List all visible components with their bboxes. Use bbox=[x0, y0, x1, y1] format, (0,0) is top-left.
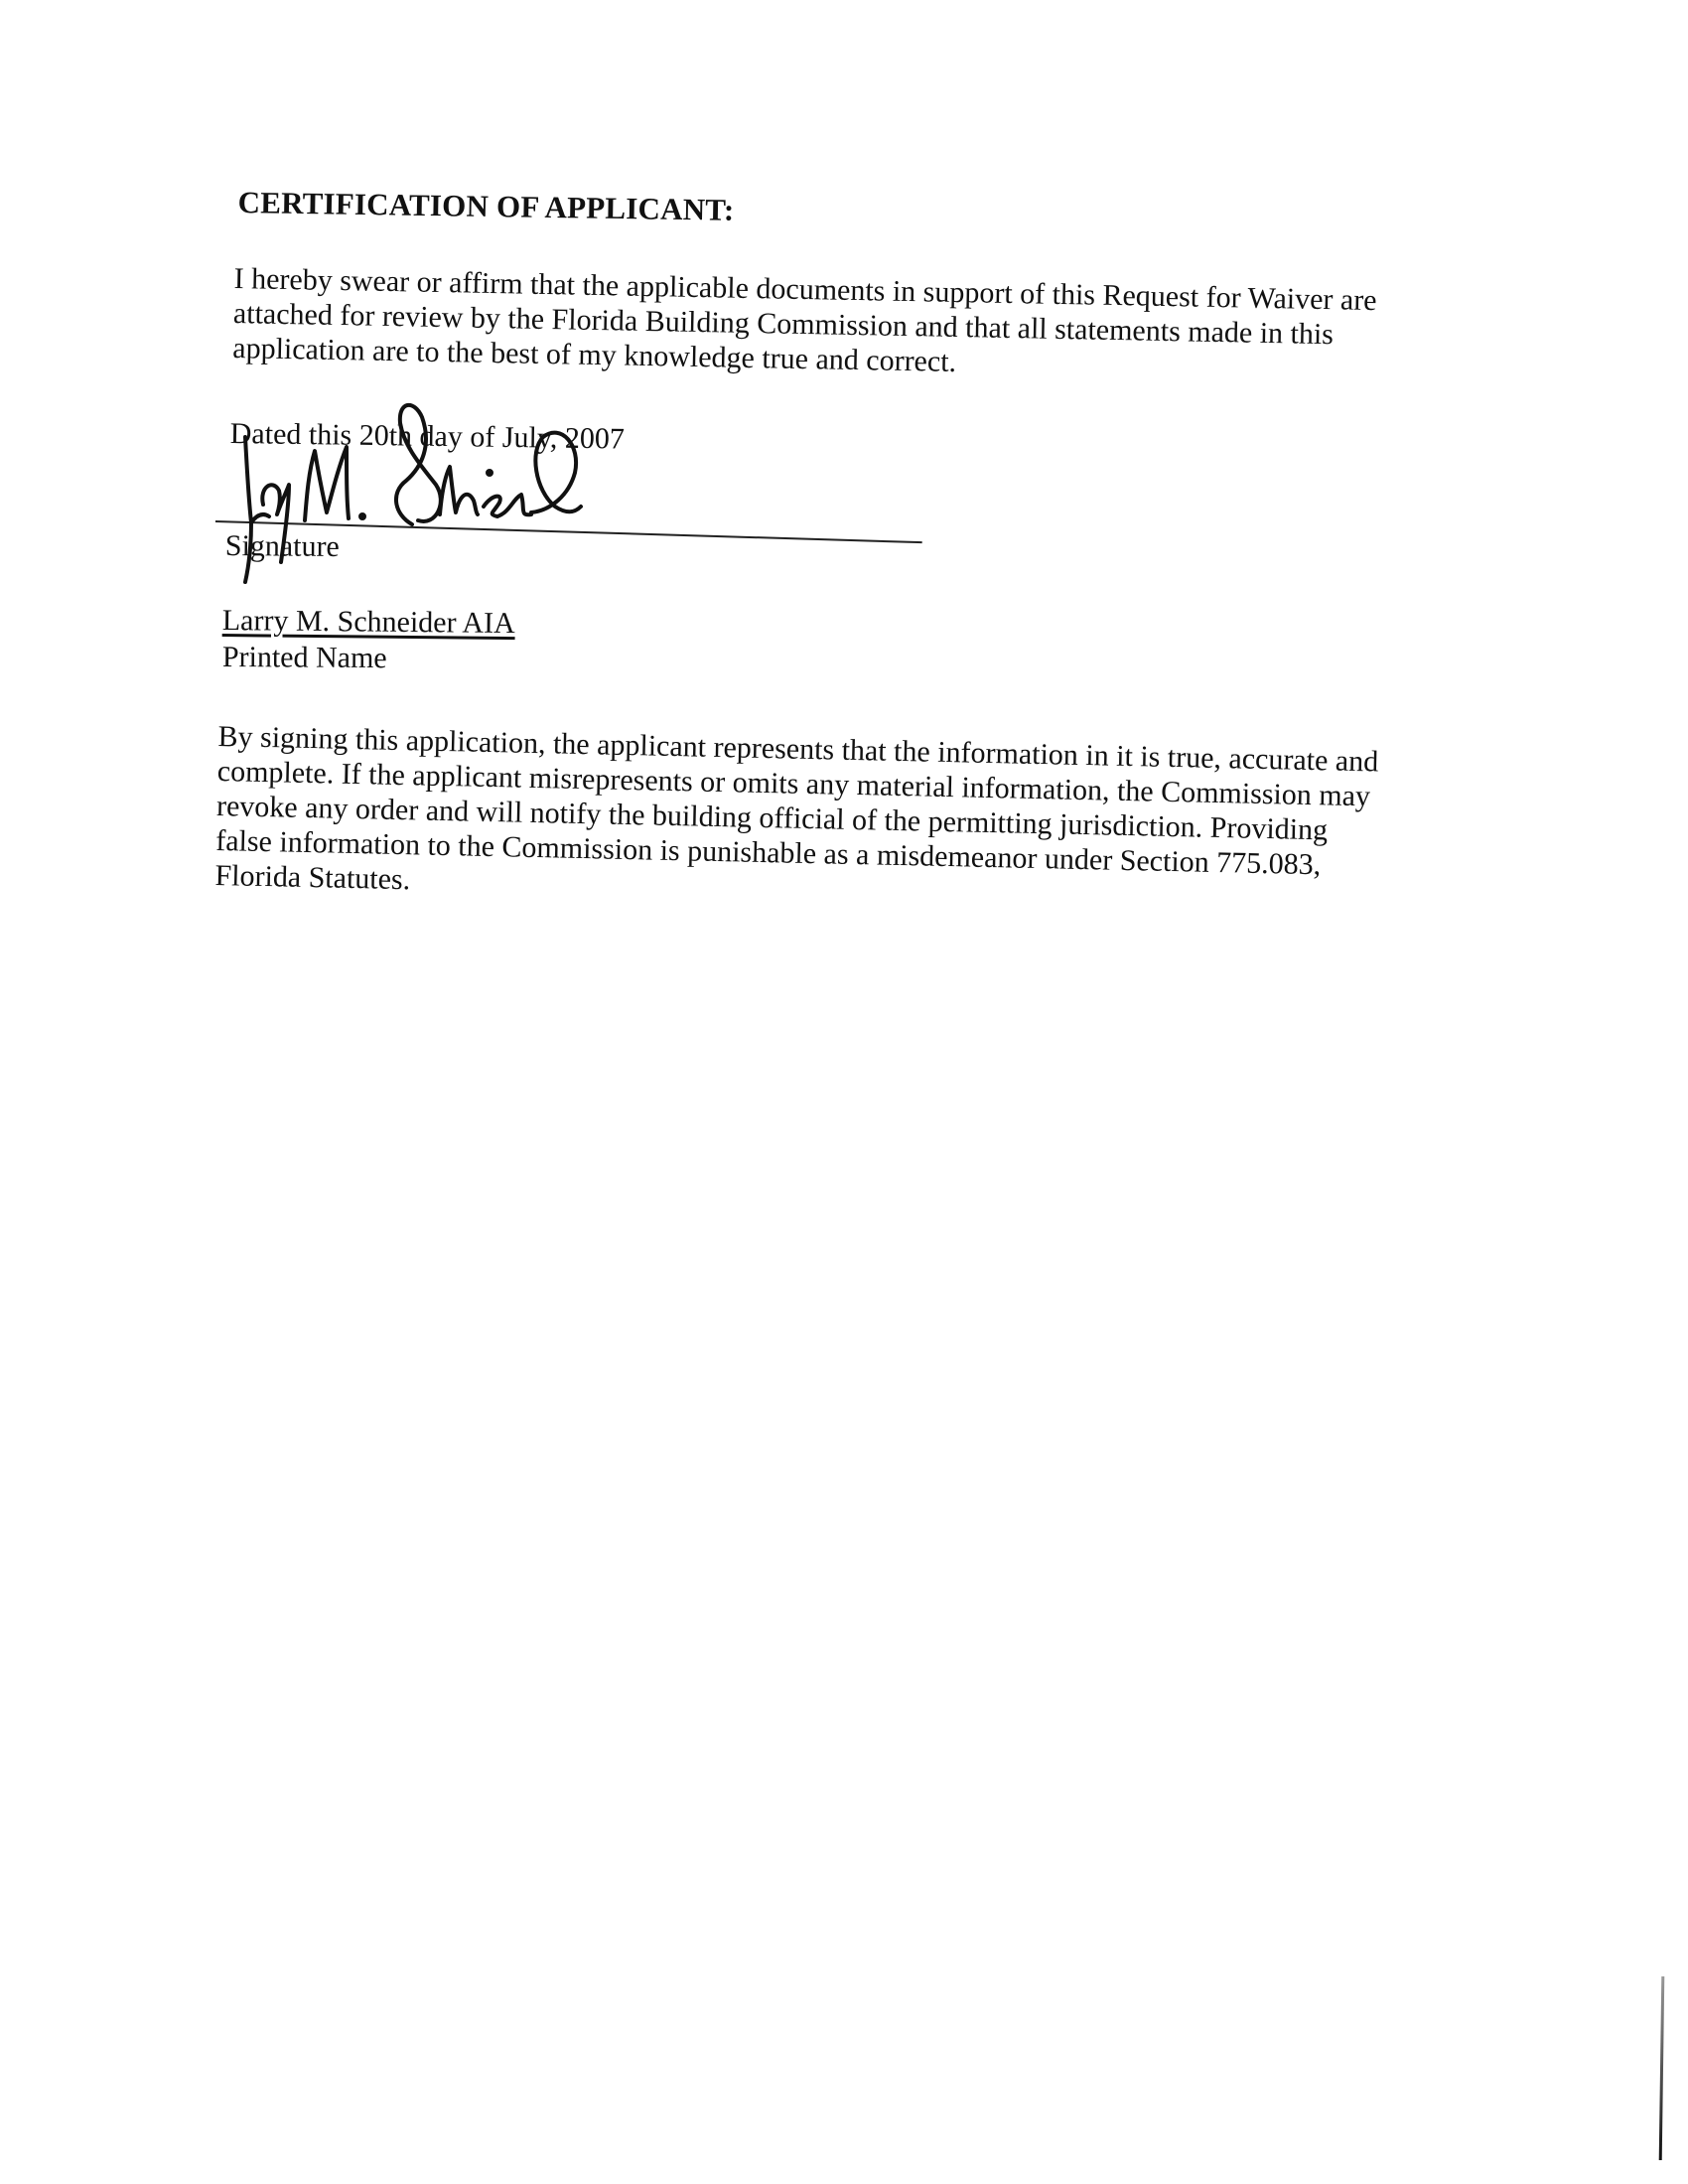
printed-name-label: Printed Name bbox=[222, 641, 387, 675]
section-heading: CERTIFICATION OF APPLICANT: bbox=[237, 185, 734, 228]
certification-paragraph: I hereby swear or affirm that the applic… bbox=[232, 261, 1377, 387]
handwritten-signature bbox=[223, 395, 640, 604]
document-page: CERTIFICATION OF APPLICANT: I hereby swe… bbox=[0, 0, 1688, 2184]
signature-label: Signature bbox=[225, 529, 340, 564]
scan-edge-mark bbox=[1659, 1976, 1665, 2160]
printed-name-value: Larry M. Schneider AIA bbox=[222, 604, 515, 641]
disclaimer-paragraph: By signing this application, the applica… bbox=[214, 719, 1378, 918]
